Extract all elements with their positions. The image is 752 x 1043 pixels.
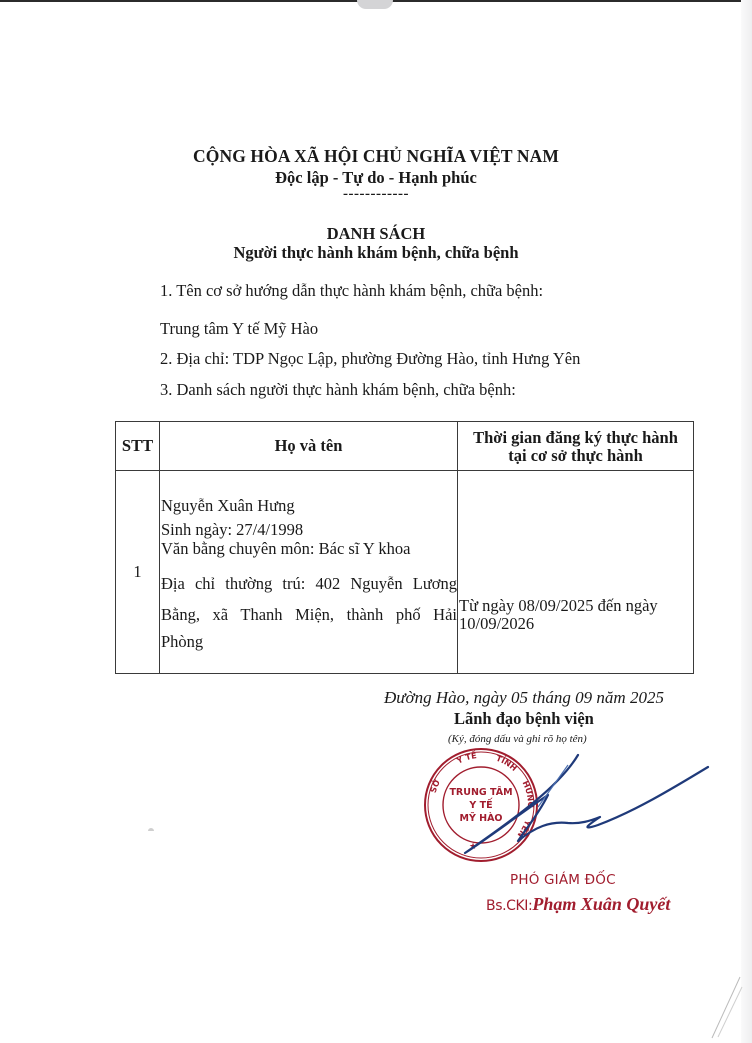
scan-speck — [148, 828, 154, 831]
table-row: 1 Nguyễn Xuân Hưng Sinh ngày: 27/4/1998 … — [116, 471, 694, 674]
header-time-line2: tại cơ sở thực hành — [508, 446, 643, 465]
header-time-line1: Thời gian đăng ký thực hành — [473, 428, 678, 447]
section-2-address: 2. Địa chỉ: TDP Ngọc Lập, phường Đường H… — [160, 349, 580, 369]
header-time: Thời gian đăng ký thực hành tại cơ sở th… — [458, 422, 694, 471]
table-header-row: STT Họ và tên Thời gian đăng ký thực hàn… — [116, 422, 694, 471]
section-3-label: 3. Danh sách người thực hành khám bệnh, … — [160, 380, 516, 400]
period-line1: Từ ngày 08/09/2025 đến ngày — [459, 596, 658, 615]
header-name: Họ và tên — [160, 422, 458, 471]
signer-name-block: Bs.CKI:Phạm Xuân Quyết — [486, 894, 670, 915]
document-title: DANH SÁCH — [0, 224, 752, 244]
row-stt: 1 — [116, 471, 160, 674]
person-address-2: Bằng, xã Thanh Miện, thành phố Hải — [161, 599, 457, 630]
period-line2: 10/09/2026 — [459, 614, 534, 633]
signature-note: (Ký, đóng dấu và ghi rõ họ tên) — [448, 733, 587, 745]
signer-name: Phạm Xuân Quyết — [532, 894, 670, 914]
section-1-value: Trung tâm Y tế Mỹ Hào — [160, 319, 318, 339]
person-name: Nguyễn Xuân Hưng — [161, 496, 457, 515]
motto-heading: Độc lập - Tự do - Hạnh phúc — [0, 168, 752, 188]
row-period: Từ ngày 08/09/2025 đến ngày 10/09/2026 — [458, 471, 694, 674]
section-1-label: 1. Tên cơ sở hướng dẫn thực hành khám bệ… — [160, 281, 543, 301]
heading-separator: ------------ — [0, 186, 752, 203]
row-person: Nguyễn Xuân Hưng Sinh ngày: 27/4/1998 Vă… — [160, 471, 458, 674]
signer-title: PHÓ GIÁM ĐỐC — [510, 872, 616, 888]
signature-role: Lãnh đạo bệnh viện — [454, 709, 594, 729]
signature-place-date: Đường Hào, ngày 05 tháng 09 năm 2025 — [384, 688, 664, 708]
document-subtitle: Người thực hành khám bệnh, chữa bệnh — [0, 243, 752, 263]
viewer-scroll-handle[interactable] — [357, 0, 393, 9]
signer-prefix: Bs.CKI: — [486, 898, 532, 914]
person-degree: Văn bằng chuyên môn: Bác sĩ Y khoa — [161, 539, 457, 558]
header-stt: STT — [116, 422, 160, 471]
handwritten-signature-icon — [420, 745, 710, 865]
person-address-3: Phòng — [161, 630, 457, 654]
nation-heading: CỘNG HÒA XÃ HỘI CHỦ NGHĨA VIỆT NAM — [0, 146, 752, 167]
person-address-1: Địa chỉ thường trú: 402 Nguyễn Lương — [161, 568, 457, 599]
practitioner-table: STT Họ và tên Thời gian đăng ký thực hàn… — [115, 421, 694, 674]
page-crease-icon — [704, 975, 744, 1040]
person-dob: Sinh ngày: 27/4/1998 — [161, 520, 457, 539]
